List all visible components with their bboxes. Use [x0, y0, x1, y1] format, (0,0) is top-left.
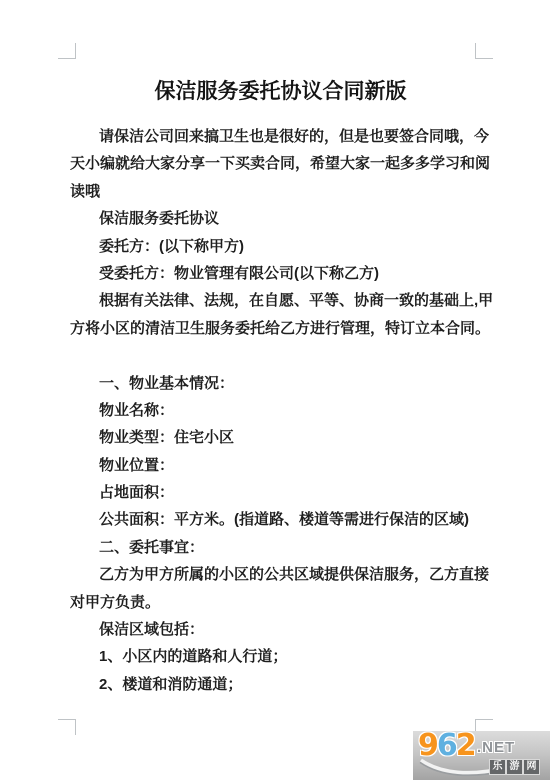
document-page: 保洁服务委托协议合同新版 请保洁公司回来搞卫生也是很好的，但是也要签合同哦，今 … — [0, 0, 550, 780]
doc-line: 占地面积： — [70, 479, 491, 506]
doc-line: 保洁服务委托协议 — [70, 205, 491, 232]
doc-line: 根据有关法律、法规，在自愿、平等、协商一致的基础上,甲 — [70, 287, 491, 314]
digit-six: 6 — [437, 731, 456, 763]
doc-line: 物业类型：住宅小区 — [70, 424, 491, 451]
watermark-net-text: .NET — [477, 739, 515, 756]
doc-line: 委托方：(以下称甲方) — [70, 233, 491, 260]
doc-line: 物业位置： — [70, 452, 491, 479]
doc-line: 对甲方负责。 — [70, 589, 491, 616]
doc-line: 天小编就给大家分享一下买卖合同，希望大家一起多多学习和阅 — [70, 150, 491, 177]
site-name-char: 游 — [507, 760, 522, 774]
doc-line: 1、小区内的道路和人行道； — [70, 643, 491, 670]
watermark-site-name: 乐 游 网 — [490, 760, 539, 774]
doc-line: 受委托方：物业管理有限公司(以下称乙方) — [70, 260, 491, 287]
doc-line: 方将小区的清洁卫生服务委托给乙方进行管理，特订立本合同。 — [70, 315, 491, 342]
doc-line: 保洁区域包括： — [70, 616, 491, 643]
doc-line: 二、委托事宜： — [70, 534, 491, 561]
doc-line: 物业名称： — [70, 397, 491, 424]
document-body: 请保洁公司回来搞卫生也是很好的，但是也要签合同哦，今 天小编就给大家分享一下买卖… — [70, 123, 491, 698]
doc-line: 请保洁公司回来搞卫生也是很好的，但是也要签合同哦，今 — [70, 123, 491, 150]
document-title: 保洁服务委托协议合同新版 — [70, 79, 491, 105]
doc-line: 读哦 — [70, 178, 491, 205]
page-corner-mark-top-right — [475, 43, 493, 59]
962net-watermark-logo: 962 .NET 乐 游 网 — [413, 731, 550, 780]
page-corner-mark-top-left — [58, 43, 76, 59]
site-name-char: 网 — [524, 760, 539, 774]
watermark-962-text: 962 — [418, 731, 475, 763]
doc-line: 2、楼道和消防通道； — [70, 671, 491, 698]
site-name-char: 乐 — [490, 760, 505, 774]
digit-nine: 9 — [418, 731, 437, 763]
blank-line — [70, 342, 491, 369]
page-corner-mark-bottom-left — [58, 719, 76, 735]
doc-line: 乙方为甲方所属的小区的公共区域提供保洁服务，乙方直接 — [70, 561, 491, 588]
digit-two: 2 — [456, 731, 475, 763]
doc-line: 一、物业基本情况： — [70, 370, 491, 397]
doc-line: 公共面积：平方米。(指道路、楼道等需进行保洁的区域) — [70, 506, 491, 533]
